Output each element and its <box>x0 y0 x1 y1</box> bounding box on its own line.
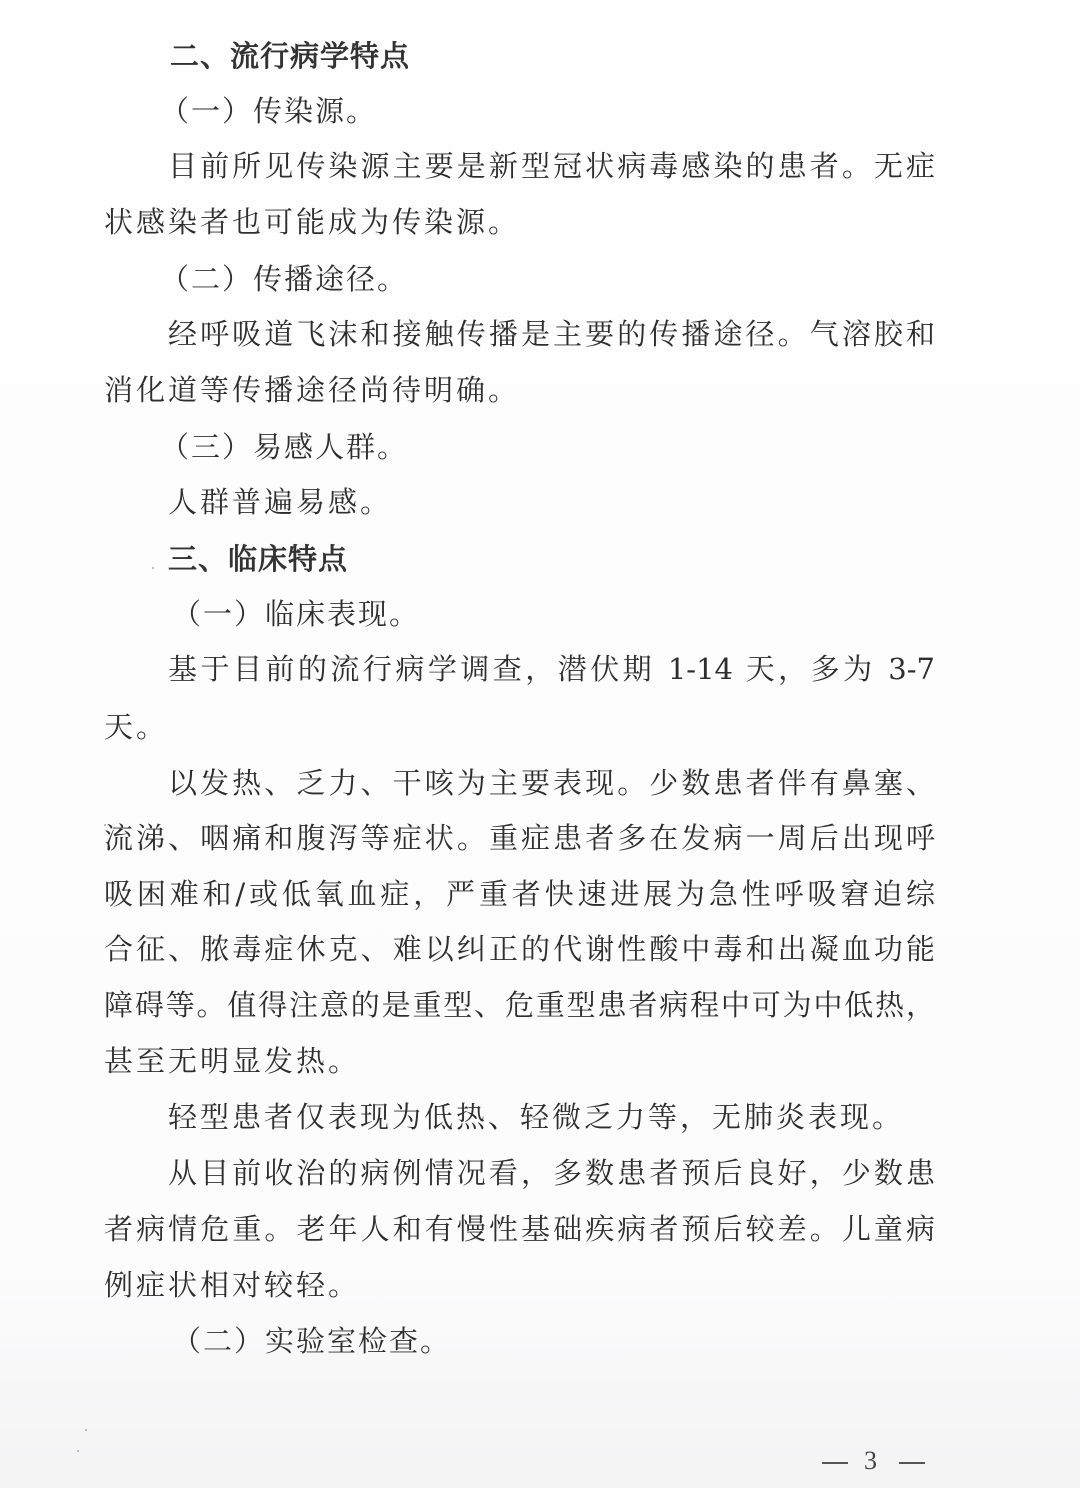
paragraph-line: 甚至无明显发热。 <box>104 1041 360 1081</box>
section-heading-epidemiology: 二、流行病学特点 <box>170 36 410 76</box>
scan-speck <box>85 1429 87 1431</box>
paragraph-line: 流涕、咽痛和腹泻等症状。重症患者多在发病一周后出现呼 <box>104 818 935 858</box>
subsection-title-susceptible-population: （三）易感人群。 <box>160 427 408 467</box>
page-number-value: 3 <box>864 1446 883 1476</box>
paragraph-line: 以发热、乏力、干咳为主要表现。少数患者伴有鼻塞、 <box>168 763 935 803</box>
subsection-title-clinical-manifestation: （一）临床表现。 <box>172 594 420 634</box>
scan-speck <box>77 1450 79 1452</box>
paragraph-line: 状感染者也可能成为传染源。 <box>104 202 520 242</box>
paragraph-line: 目前所见传染源主要是新型冠状病毒感染的患者。无症 <box>168 146 935 186</box>
subsection-title-infection-source: （一）传染源。 <box>160 91 377 131</box>
scan-speck <box>152 567 154 569</box>
paragraph-line: 人群普遍易感。 <box>168 482 392 522</box>
scan-speck <box>104 824 106 826</box>
page-number: 3 <box>822 1446 925 1476</box>
dash-right-icon <box>899 1462 925 1464</box>
paragraph-line: 合征、脓毒症休克、难以纠正的代谢性酸中毒和出凝血功能 <box>104 929 935 969</box>
paragraph-line: 消化道等传播途径尚待明确。 <box>104 370 520 410</box>
paragraph-line: 经呼吸道飞沫和接触传播是主要的传播途径。气溶胶和 <box>168 314 935 354</box>
paragraph-line: 障碍等。值得注意的是重型、危重型患者病程中可为中低热， <box>104 985 935 1025</box>
paragraph-line: 轻型患者仅表现为低热、轻微乏力等，无肺炎表现。 <box>168 1097 904 1137</box>
dash-left-icon <box>822 1462 848 1464</box>
subsection-title-transmission-route: （二）传播途径。 <box>160 259 408 299</box>
document-page: 二、流行病学特点 （一）传染源。 目前所见传染源主要是新型冠状病毒感染的患者。无… <box>0 0 1080 1488</box>
paragraph-line: 基于目前的流行病学调查，潜伏期 1-14 天，多为 3-7 <box>168 649 935 689</box>
paragraph-line: 者病情危重。老年人和有慢性基础疾病者预后较差。儿童病 <box>104 1209 935 1249</box>
paragraph-line: 例症状相对较轻。 <box>104 1265 360 1305</box>
paragraph-line: 从目前收治的病例情况看，多数患者预后良好，少数患 <box>168 1153 935 1193</box>
paragraph-line: 天。 <box>104 707 168 747</box>
paragraph-line: 吸困难和/或低氧血症，严重者快速进展为急性呼吸窘迫综 <box>104 874 935 914</box>
section-heading-clinical: 三、临床特点 <box>168 539 348 579</box>
subsection-title-laboratory-tests: （二）实验室检查。 <box>172 1321 451 1361</box>
